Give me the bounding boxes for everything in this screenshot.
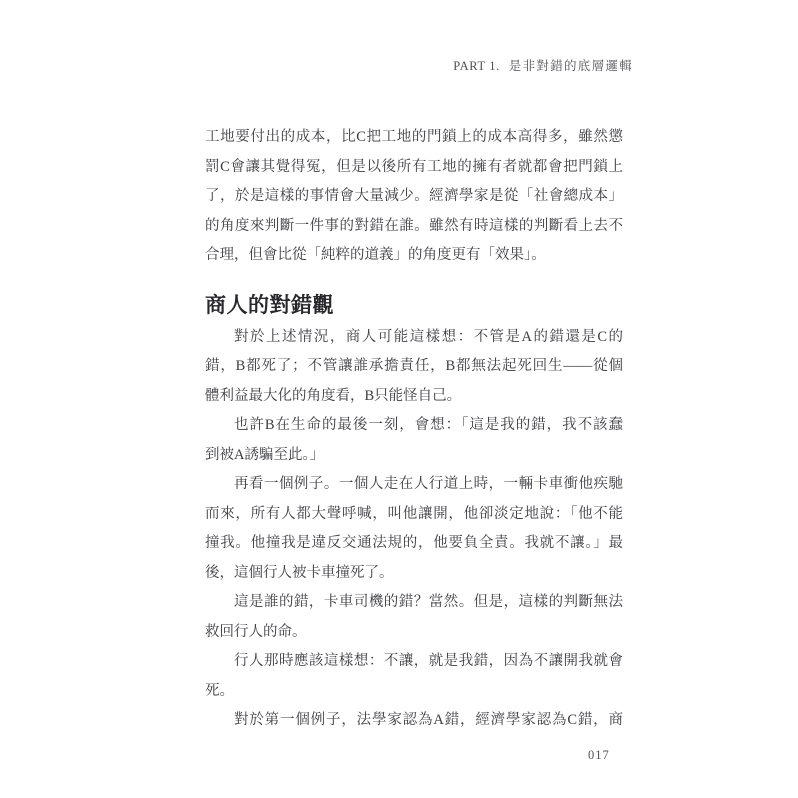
text-line: 工地要付出的成本，比C把工地的門鎖上的成本高得多，雖然懲 [205,123,623,153]
text-line: 罰C會讓其覺得冤，但是以後所有工地的擁有者就都會把門鎖上 [205,153,623,183]
text-line: 死。 [205,677,623,707]
paragraph: 對於第一個例子，法學家認為A錯，經濟學家認為C錯，商 [205,706,623,736]
paragraph: 這是誰的錯，卡車司機的錯？當然。但是，這樣的判斷無法救回行人的命。 [205,588,623,647]
part-label: PART 1. [453,59,500,73]
part-title: 是非對錯的底層邏輯 [509,59,633,73]
section-heading: 商人的對錯觀 [205,289,623,321]
paragraph: 工地要付出的成本，比C把工地的門鎖上的成本高得多，雖然懲罰C會讓其覺得冤，但是以… [205,123,623,271]
running-header: PART 1.是非對錯的底層邏輯 [453,56,633,74]
text-line: 這是誰的錯，卡車司機的錯？當然。但是，這樣的判斷無法 [205,588,623,618]
text-line: 再看一個例子。一個人走在人行道上時，一輛卡車衝他疾馳 [205,470,623,500]
text-line: 的角度來判斷一件事的對錯在誰。雖然有時這樣的判斷看上去不 [205,212,623,242]
text-line: 救回行人的命。 [205,618,623,648]
text-line: 而來，所有人都大聲呼喊，叫他讓開，他卻淡定地說：「他不能 [205,500,623,530]
paragraph: 行人那時應該這樣想：不讓，就是我錯，因為不讓開我就會死。 [205,647,623,706]
text-line: 對於第一個例子，法學家認為A錯，經濟學家認為C錯，商 [205,706,623,736]
paragraph: 對於上述情況，商人可能這樣想：不管是A的錯還是C的錯，B都死了；不管讓誰承擔責任… [205,323,623,412]
text-line: 合理，但會比從「純粹的道義」的角度更有「效果」。 [205,241,623,271]
text-line: 到被A誘騙至此。」 [205,441,623,471]
text-line: 撞我。他撞我是違反交通法規的，他要負全責。我就不讓。」最 [205,529,623,559]
paragraph: 也許B在生命的最後一刻，會想：「這是我的錯，我不該蠢到被A誘騙至此。」 [205,411,623,470]
book-page: PART 1.是非對錯的底層邏輯 工地要付出的成本，比C把工地的門鎖上的成本高得… [0,0,798,798]
text-line: 後，這個行人被卡車撞死了。 [205,559,623,589]
body-text: 工地要付出的成本，比C把工地的門鎖上的成本高得多，雖然懲罰C會讓其覺得冤，但是以… [205,123,623,736]
paragraph: 再看一個例子。一個人走在人行道上時，一輛卡車衝他疾馳而來，所有人都大聲呼喊，叫他… [205,470,623,588]
text-line: 行人那時應該這樣想：不讓，就是我錯，因為不讓開我就會 [205,647,623,677]
text-line: 體利益最大化的角度看，B只能怪自己。 [205,382,623,412]
text-line: 也許B在生命的最後一刻，會想：「這是我的錯，我不該蠢 [205,411,623,441]
text-line: 了，於是這樣的事情會大量減少。經濟學家是從「社會總成本」 [205,182,623,212]
text-line: 錯，B都死了；不管讓誰承擔責任，B都無法起死回生——從個 [205,352,623,382]
page-number: 017 [588,748,610,763]
text-line: 對於上述情況，商人可能這樣想：不管是A的錯還是C的 [205,323,623,353]
